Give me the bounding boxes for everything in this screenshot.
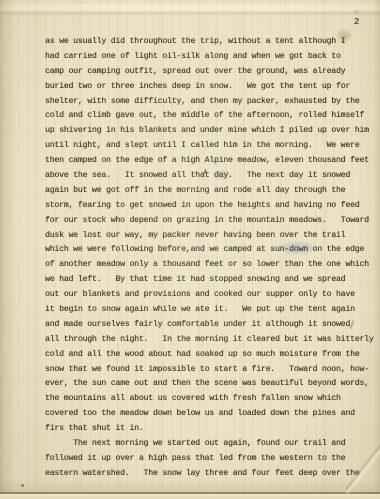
typed-line: then camped on the edge of a high Alpine…	[45, 154, 379, 169]
paper-stain	[352, 8, 361, 16]
horizontal-crease	[0, 4, 380, 16]
typed-line: up shivering in his blankets and under m…	[45, 124, 379, 139]
typed-line: covered too the meadow down below us and…	[45, 407, 379, 422]
typed-line: out our blankets and provisions and cook…	[45, 288, 379, 303]
typed-line: cold and climb gave out, the middle of t…	[45, 109, 379, 124]
typed-line: as we usually did throughout the trip, w…	[45, 35, 379, 50]
typed-line: shelter, with some difficulty, and then …	[45, 95, 379, 110]
typed-line: snow that we found it impossible to star…	[45, 363, 379, 378]
typed-line: and made ourselves fairly comfortable un…	[45, 318, 379, 333]
typed-line: of another meadow only a thousand feet o…	[45, 258, 379, 273]
typed-lines: as we usually did throughout the trip, w…	[45, 35, 379, 482]
underlying-sheet	[0, 494, 380, 499]
typed-line: cold and all the wood about had soaked u…	[45, 348, 379, 363]
scanned-manuscript-page: 2 as we usually did throughout the trip,…	[0, 0, 380, 499]
typed-line: The next morning we started out again, f…	[45, 437, 379, 452]
typed-line: all through the night. In the morning it…	[45, 333, 379, 348]
pencil-speck	[21, 484, 24, 487]
paper-sheet: 2 as we usually did throughout the trip,…	[0, 0, 380, 499]
typed-line: until night, and slept until I called hi…	[45, 139, 379, 154]
typed-line: buried two or three inches deep in snow.…	[45, 80, 379, 95]
typed-line: ever, the sun came out and then the scen…	[45, 377, 379, 392]
typed-line: it begin to snow again while we ate it. …	[45, 303, 379, 318]
typed-line: eastern watershed. The snow lay three an…	[45, 467, 379, 482]
left-page-edge-shadow	[0, 0, 16, 499]
typed-line: the mountains all about us covered with …	[45, 392, 379, 407]
typed-line: followed it up over a high pass that led…	[45, 452, 379, 467]
typed-line: firs that shut it in.	[45, 422, 379, 437]
typed-line: again but we got off in the morning and …	[45, 184, 379, 199]
page-number: 2	[354, 17, 359, 27]
typed-line: we had left. By that time it had stopped…	[45, 273, 379, 288]
typed-line: above the sea. It snowed all that day. T…	[45, 169, 379, 184]
typed-line: dusk we lost our way, my packer never ha…	[45, 229, 379, 244]
typed-line: storm, fearing to get snowed in upon the…	[45, 199, 379, 214]
typed-line: camp our camping outfit, spread out over…	[45, 65, 379, 80]
typed-line: had carried one of light oil-silk along …	[45, 50, 379, 65]
typed-line: for our stock who depend on grazing in t…	[45, 214, 379, 229]
typed-line: which we were following before,and we ca…	[45, 243, 379, 258]
